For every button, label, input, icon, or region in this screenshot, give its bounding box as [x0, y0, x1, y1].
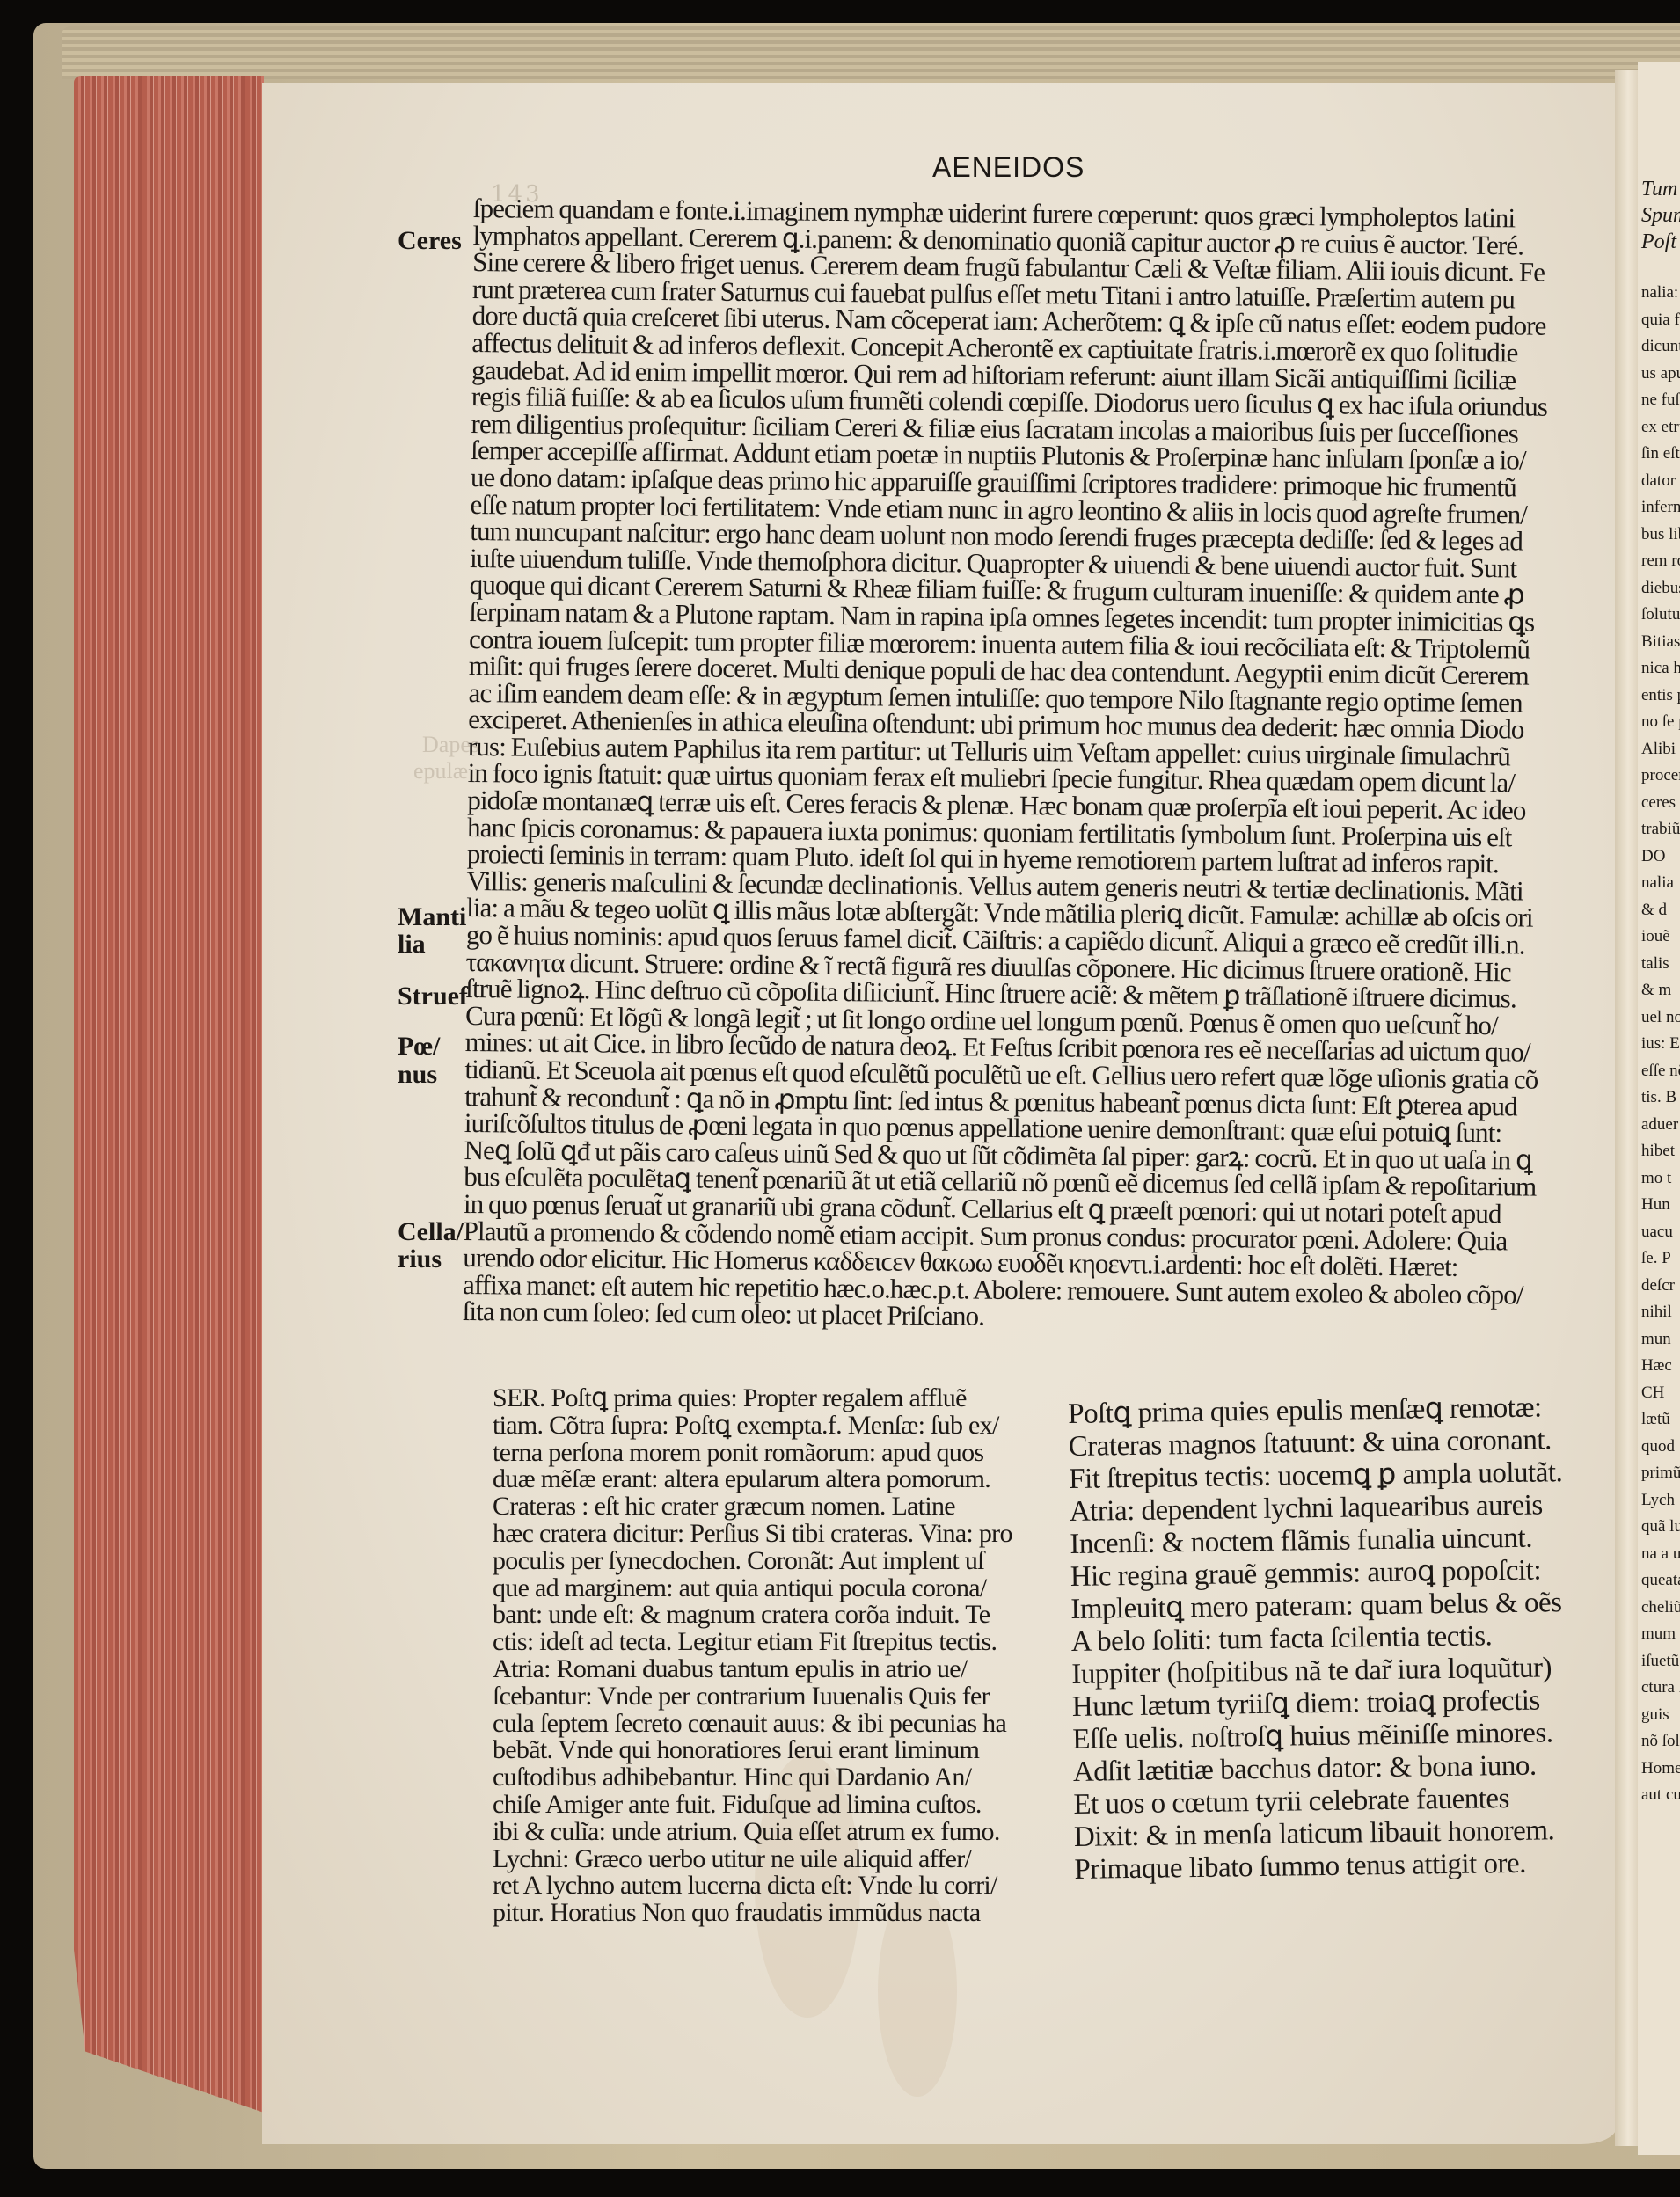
- text-line: pitur. Horatius Non quo fraudatis immũdu…: [493, 1900, 1069, 1927]
- text-line: bebãt. Vnde qui honoratiores ſerui erant…: [493, 1737, 1069, 1764]
- facing-text-line: na a uer: [1638, 1541, 1680, 1568]
- text-line: Atria: Romani duabus tantum epulis in at…: [493, 1656, 1069, 1683]
- facing-text-line: no ſe pr: [1638, 709, 1680, 736]
- text-line: tiam. Cõtra ſupra: Poſtꝗ exempta.f. Menſ…: [493, 1412, 1069, 1440]
- text-line: cuſtodibus adhibebantur. Hinc qui Dardan…: [493, 1764, 1069, 1792]
- marginal-note: rius: [398, 1245, 442, 1273]
- facing-text-line: bus lib: [1638, 522, 1680, 549]
- facing-verse-line: Poſt ali: [1638, 229, 1680, 255]
- text-line: ret A lychno autem lucerna dicta eſt: Vn…: [493, 1872, 1069, 1900]
- facing-text-line: Hun: [1638, 1192, 1680, 1219]
- facing-text-line: guis: [1638, 1702, 1680, 1729]
- facing-text-line: nalia: [1638, 870, 1680, 897]
- text-line: terna perſona morem ponit romãorum: apud…: [493, 1440, 1069, 1467]
- text-line: cula ſeptem ſecreto cœnauit auus: & ibi …: [493, 1711, 1069, 1738]
- marginal-note: nus: [398, 1061, 437, 1088]
- facing-text-line: ſe. P: [1638, 1245, 1680, 1273]
- text-line: chiſe Amiger ante fuit. Fiduſque ad limi…: [493, 1792, 1069, 1819]
- facing-text-line: Alibi u: [1638, 736, 1680, 763]
- facing-text-line: tis. B: [1638, 1084, 1680, 1112]
- facing-text-line: talis: [1638, 951, 1680, 978]
- facing-text-line: Lych: [1638, 1487, 1680, 1515]
- facing-verse-line: Tum bi: [1638, 176, 1680, 202]
- facing-text-line: mun: [1638, 1326, 1680, 1354]
- text-line: poculis per ſynecdochen. Coronãt: Aut im…: [493, 1548, 1069, 1575]
- marginal-note: Pœ/: [398, 1033, 440, 1060]
- facing-text-line: ceres a: [1638, 790, 1680, 817]
- facing-text-line: dicunt i: [1638, 333, 1680, 361]
- text-line: duæ mẽſæ erant: altera epularum altera p…: [493, 1466, 1069, 1493]
- commentary-column: SER. Poſtꝗ prima quies: Propter regalem …: [493, 1385, 1069, 1927]
- marginal-note: Cella/: [398, 1218, 464, 1245]
- facing-text-line: mo t: [1638, 1165, 1680, 1193]
- facing-text-line: queata: [1638, 1567, 1680, 1595]
- facing-text-line: nica hiſ: [1638, 655, 1680, 682]
- facing-page: Tum biSpumãPoſt ali nalia: a fquia furdi…: [1638, 62, 1680, 2155]
- facing-text-line: rem ro: [1638, 548, 1680, 575]
- marginal-note: Manti: [398, 903, 466, 931]
- facing-page-verse: Tum biSpumãPoſt ali: [1638, 62, 1680, 255]
- facing-text-line: iſuetũ n: [1638, 1648, 1680, 1675]
- marginal-note: Struef: [398, 982, 468, 1010]
- text-line: Lychni: Græco uerbo utitur ne uile aliqu…: [493, 1846, 1069, 1873]
- text-line: hæc cratera dicitur: Perſius Si tibi cra…: [493, 1521, 1069, 1548]
- facing-text-line: hibet: [1638, 1138, 1680, 1165]
- facing-text-line: quod: [1638, 1434, 1680, 1461]
- facing-text-line: quia fur: [1638, 307, 1680, 334]
- facing-text-line: trabiũ: [1638, 816, 1680, 843]
- text-line: bant: unde eſt: & magnum cratera corõa i…: [493, 1602, 1069, 1629]
- facing-text-line: cheliũ m: [1638, 1595, 1680, 1622]
- facing-text-line: Bitias c: [1638, 629, 1680, 656]
- facing-verse-line: Spumã: [1638, 202, 1680, 229]
- marginal-note: lia: [398, 931, 426, 958]
- facing-text-line: aduer: [1638, 1112, 1680, 1139]
- running-head: AENEIDOS: [932, 151, 1085, 184]
- facing-text-line: ne fuſc: [1638, 387, 1680, 414]
- text-line: que ad marginem: aut quia antiqui pocula…: [493, 1575, 1069, 1602]
- binding-headcap: [62, 26, 1680, 79]
- facing-text-line: CH: [1638, 1380, 1680, 1407]
- marginal-note: Ceres: [398, 227, 462, 254]
- text-line: ibi & culĩa: unde atrium. Quia eſſet atr…: [493, 1819, 1069, 1846]
- facing-text-line: Hæc: [1638, 1353, 1680, 1380]
- facing-text-line: nõ ſolũ: [1638, 1728, 1680, 1755]
- facing-text-line: ex etru: [1638, 414, 1680, 442]
- text-line: ctis: ideſt ad tecta. Legitur etiam Fit …: [493, 1629, 1069, 1656]
- verse-lemma-column: Poſtꝗ prima quies epulis menſæꝗ remotæ:C…: [1068, 1390, 1611, 1886]
- facing-text-line: ctura ſa: [1638, 1675, 1680, 1702]
- facing-text-line: ſin eſt: [1638, 441, 1680, 468]
- facing-text-line: lætũ: [1638, 1406, 1680, 1434]
- facing-text-line: Homeꝗ: [1638, 1755, 1680, 1783]
- facing-text-line: nihil: [1638, 1299, 1680, 1326]
- facing-text-line: infern: [1638, 494, 1680, 522]
- facing-text-line: diebus: [1638, 575, 1680, 602]
- facing-text-line: iouẽ: [1638, 923, 1680, 951]
- facing-text-line: procer: [1638, 763, 1680, 790]
- commentary-full-width: ſpeciem quandam e fonte.i.imaginem nymph…: [463, 195, 1608, 1336]
- facing-text-line: & m: [1638, 977, 1680, 1004]
- facing-text-line: dator: [1638, 468, 1680, 495]
- facing-text-line: eſſe nõ: [1638, 1058, 1680, 1085]
- facing-text-line: DO: [1638, 843, 1680, 871]
- facing-text-line: us apud: [1638, 361, 1680, 388]
- facing-text-line: ſolutus: [1638, 602, 1680, 629]
- facing-text-line: mum pe: [1638, 1621, 1680, 1648]
- facing-text-line: quã luc: [1638, 1514, 1680, 1541]
- text-line: SER. Poſtꝗ prima quies: Propter regalem …: [493, 1385, 1069, 1412]
- facing-text-line: entis pa: [1638, 682, 1680, 710]
- facing-text-line: deſcr: [1638, 1273, 1680, 1300]
- facing-page-commentary: nalia: a fquia furdicunt ius apudne fuſc…: [1638, 255, 1680, 1809]
- facing-text-line: aut cura: [1638, 1782, 1680, 1809]
- red-fore-edge: [74, 76, 264, 2113]
- text-line: ſcebantur: Vnde per contrarium Iuuenalis…: [493, 1683, 1069, 1711]
- facing-text-line: nalia: a f: [1638, 280, 1680, 307]
- facing-text-line: uacu: [1638, 1219, 1680, 1246]
- facing-text-line: primũ: [1638, 1460, 1680, 1487]
- text-line: Crateras : eſt hic crater græcum nomen. …: [493, 1493, 1069, 1521]
- facing-text-line: ius: E: [1638, 1031, 1680, 1058]
- facing-text-line: uel no: [1638, 1004, 1680, 1032]
- facing-text-line: & d: [1638, 897, 1680, 924]
- bleed-through-text: epulæ: [413, 758, 468, 785]
